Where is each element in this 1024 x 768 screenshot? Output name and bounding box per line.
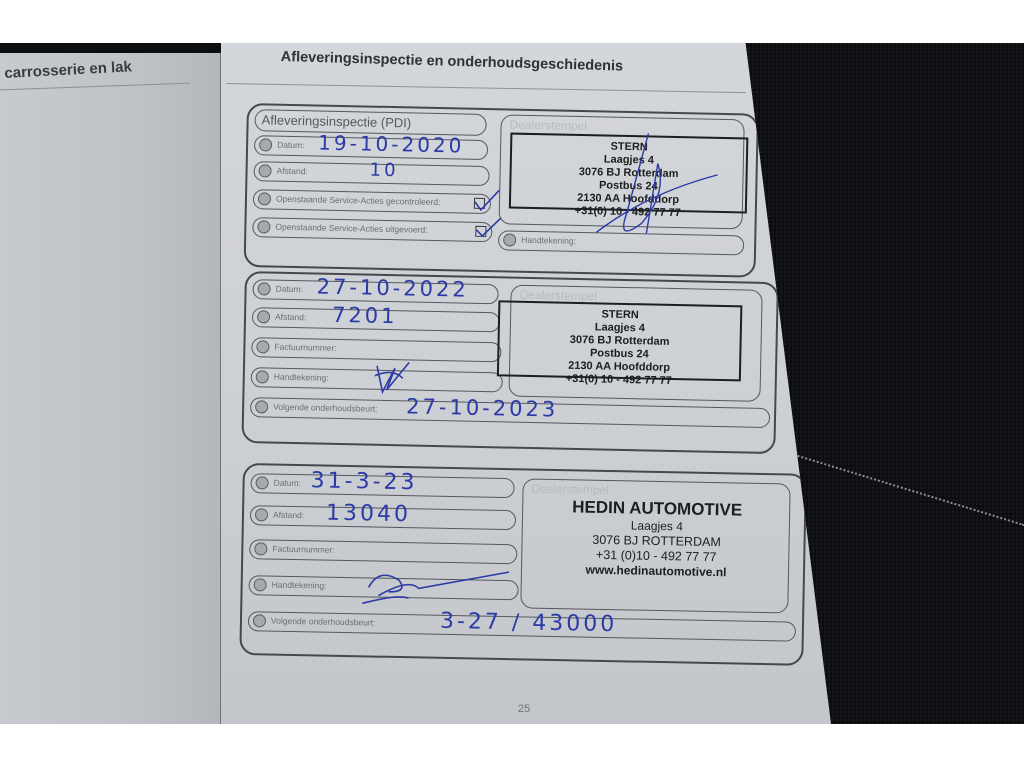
next-service-value: 3-27 / 43000 [440, 609, 618, 637]
date-value: 27-10-2022 [316, 275, 469, 302]
distance-value: 7201 [332, 303, 398, 328]
pdi-section: Afleveringsinspectie (PDI) Datum: 19-10-… [244, 103, 759, 278]
left-page-title: carrosserie en lak [4, 58, 132, 82]
field-label: Datum: [274, 478, 302, 489]
field-label: Datum: [276, 284, 304, 295]
radio-icon [258, 164, 271, 177]
service-entry-2: Datum: 31-3-23 Afstand: 13040 Factuurnum… [239, 463, 807, 666]
field-label: Factuurnummer: [272, 544, 335, 555]
field-label: Afstand: [273, 510, 304, 521]
field-label: Volgende onderhoudsbeurt: [271, 616, 376, 628]
dealer-stamp-stern: STERN Laagjes 4 3076 BJ Rotterdam Postbu… [497, 300, 743, 381]
field-label: Datum: [277, 140, 305, 151]
radio-icon [256, 340, 269, 353]
invoice-field[interactable]: Factuurnummer: [249, 539, 517, 564]
signature-scribble [358, 567, 509, 610]
radio-icon [254, 542, 267, 555]
radio-icon [256, 370, 269, 383]
field-label: Afstand: [276, 166, 307, 177]
date-value: 31-3-23 [310, 468, 417, 495]
pdi-header-label: Afleveringsinspectie (PDI) [261, 112, 411, 130]
field-label: Openstaande Service-Acties gecontroleerd… [276, 194, 441, 207]
photo-scene: carrosserie en lak Afleveringsinspectie … [0, 43, 1024, 724]
field-label: Openstaande Service-Acties uitgevoerd: [275, 222, 427, 235]
title-rule [0, 83, 190, 91]
pdi-distance-value: 10 [369, 160, 398, 182]
page-number: 25 [518, 703, 530, 715]
pdi-date-value: 19-10-2020 [318, 131, 465, 158]
radio-icon [255, 508, 268, 521]
radio-icon [257, 220, 270, 233]
pdi-service-done-field[interactable]: Openstaande Service-Acties uitgevoerd: [252, 217, 492, 242]
distance-value: 13040 [326, 501, 411, 528]
signature-scribble [372, 362, 413, 399]
invoice-field[interactable]: Factuurnummer: [251, 337, 501, 362]
pdi-service-checked-field[interactable]: Openstaande Service-Acties gecontroleerd… [253, 189, 491, 214]
service-entry-1: Datum: 27-10-2022 Afstand: 7201 Factuurn… [241, 271, 778, 454]
title-rule [226, 83, 746, 93]
radio-icon [258, 192, 271, 205]
field-label: Handtekening: [272, 580, 327, 591]
radio-icon [255, 400, 268, 413]
radio-icon [257, 282, 270, 295]
signature-scribble [586, 132, 718, 245]
field-label: Factuurnummer: [274, 342, 337, 353]
stamp-label: Dealerstempel [531, 482, 609, 497]
radio-icon [253, 614, 266, 627]
page-title: Afleveringsinspectie en onderhoudsgeschi… [281, 49, 624, 75]
right-page: Afleveringsinspectie en onderhoudsgeschi… [221, 43, 831, 724]
stamp-label: Dealerstempel [509, 118, 587, 134]
next-service-value: 27-10-2023 [406, 394, 559, 421]
radio-icon [254, 578, 267, 591]
field-label: Volgende onderhoudsbeurt: [273, 402, 378, 414]
radio-icon [503, 233, 516, 246]
checkmark-scribble [474, 190, 505, 241]
field-label: Afstand: [275, 312, 306, 323]
field-label: Handtekening: [274, 372, 329, 383]
radio-icon [257, 310, 270, 323]
radio-icon [259, 138, 272, 151]
left-page: carrosserie en lak [0, 53, 221, 724]
dealer-stamp-hedin: HEDIN AUTOMOTIVE Laagjes 4 3076 BJ ROTTE… [525, 496, 788, 581]
radio-icon [255, 476, 268, 489]
field-label: Handtekening: [521, 235, 576, 246]
